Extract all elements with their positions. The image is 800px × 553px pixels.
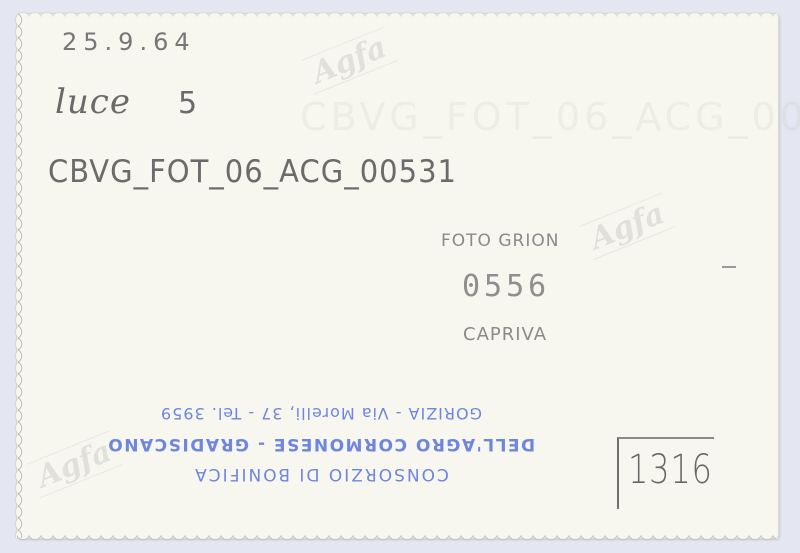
deckle-edge-top — [17, 11, 778, 17]
photographer-studio-stamp: FOTO GRION — [441, 231, 559, 251]
consortium-stamp-line3: GORIZIA - Via Morelli, 37 - Tel. 3959 — [96, 404, 546, 423]
handwritten-date: 25.9.64 — [62, 28, 196, 56]
handwritten-catalog-code: CBVG_FOT_06_ACG_00531 — [48, 153, 457, 190]
negative-number-stamp: 0556 — [462, 269, 550, 304]
photographer-town-stamp: CAPRIVA — [463, 324, 547, 345]
handwritten-inventory-number: 1316 — [628, 447, 713, 493]
deckle-edge-bottom — [17, 535, 778, 541]
pencil-dash-mark — [722, 266, 736, 268]
handwritten-subject: luce — [55, 82, 131, 122]
consortium-stamp: CONSORZIO DI BONIFICA DELL'AGRO CORMONES… — [96, 390, 546, 490]
consortium-stamp-line2: DELL'AGRO CORMONESE - GRADISCANO — [96, 434, 546, 454]
consortium-stamp-line1: CONSORZIO DI BONIFICA — [96, 464, 546, 484]
deckle-edge-right — [17, 14, 23, 538]
handwritten-subject-number: 5 — [178, 86, 199, 121]
deckle-edge-left — [14, 14, 20, 538]
ghost-imprint: CBVG_FOT_06_ACG_00531 — [300, 95, 800, 139]
